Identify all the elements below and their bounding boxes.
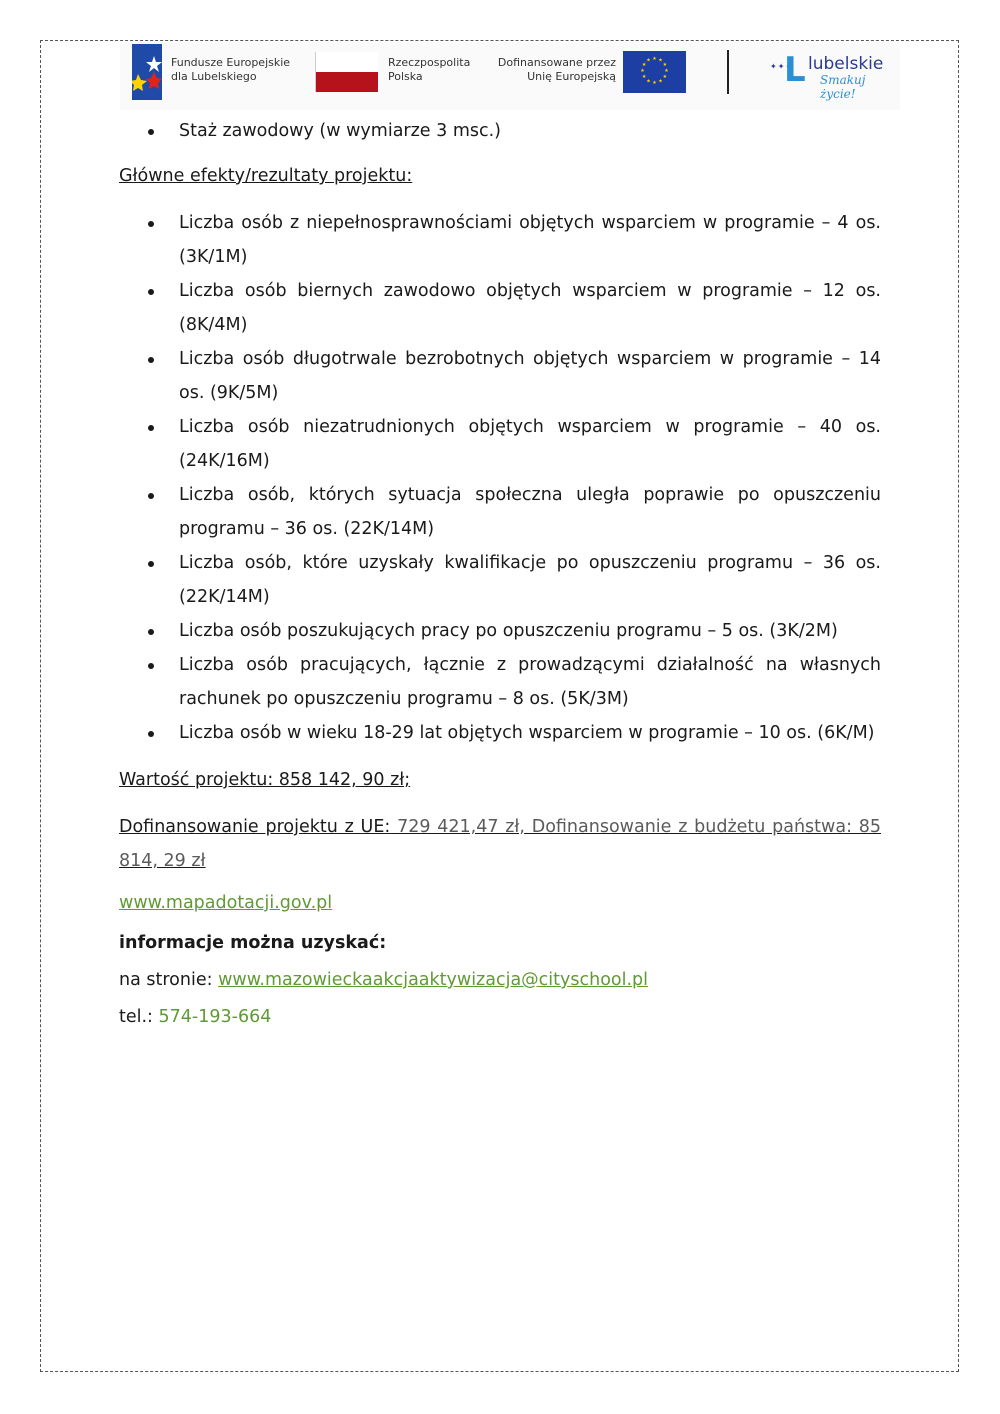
bullet-icon xyxy=(148,289,154,295)
intro-list: Staż zawodowy (w wymiarze 3 msc.) xyxy=(119,114,881,148)
results-heading: Główne efekty/rezultaty projektu: xyxy=(119,159,881,193)
list-item: Liczba osób poszukujących pracy po opusz… xyxy=(119,614,881,648)
poland-line2: Polska xyxy=(388,70,470,84)
svg-text:★: ★ xyxy=(646,58,651,64)
svg-text:★: ★ xyxy=(642,74,647,80)
fundusze-europejskie-logo-icon xyxy=(132,44,162,100)
region-slogan: Smakuj życie! xyxy=(820,73,890,101)
list-item-text: Liczba osób długotrwale bezrobotnych obj… xyxy=(179,349,881,403)
map-link-line: www.mapadotacji.gov.pl xyxy=(119,886,881,920)
list-item: Liczba osób niezatrudnionych objętych ws… xyxy=(119,410,881,478)
logo-bar: Fundusze Europejskie dla Lubelskiego Rze… xyxy=(120,42,900,110)
svg-text:★: ★ xyxy=(652,80,657,86)
list-item-text: Liczba osób niezatrudnionych objętych ws… xyxy=(179,417,881,471)
eu-flag-icon: ★★★ ★★★ ★★★ ★★★ xyxy=(623,51,686,93)
list-item: Liczba osób biernych zawodowo objętych w… xyxy=(119,274,881,342)
lubelskie-L-mark: L xyxy=(784,50,806,90)
bullet-icon xyxy=(148,493,154,499)
svg-text:★: ★ xyxy=(652,56,657,62)
polish-flag-icon xyxy=(315,52,378,92)
svg-text:★: ★ xyxy=(640,68,645,74)
rzeczpospolita-text: Rzeczpospolita Polska xyxy=(388,56,470,84)
eu-cofunding-text: Dofinansowane przez Unię Europejską xyxy=(493,56,616,84)
phone-label: tel.: xyxy=(119,1007,159,1027)
svg-text:★: ★ xyxy=(646,78,651,84)
svg-text:★: ★ xyxy=(663,74,668,80)
project-value: Wartość projektu: 858 142, 90 zł; xyxy=(119,763,881,797)
bullet-icon xyxy=(148,629,154,635)
bullet-icon xyxy=(148,357,154,363)
list-item: Liczba osób, których sytuacja społeczna … xyxy=(119,478,881,546)
info-heading: informacje można uzyskać: xyxy=(119,926,881,960)
bullet-icon xyxy=(148,129,154,135)
list-item-text: Liczba osób w wieku 18-29 lat objętych w… xyxy=(179,723,875,743)
funds-line2: dla Lubelskiego xyxy=(171,70,290,84)
fundusze-europejskie-text: Fundusze Europejskie dla Lubelskiego xyxy=(171,56,290,84)
funds-line1: Fundusze Europejskie xyxy=(171,56,290,70)
bullet-icon xyxy=(148,663,154,669)
list-item-text: Liczba osób, których sytuacja społeczna … xyxy=(179,485,881,539)
bullet-icon xyxy=(148,561,154,567)
list-item: Liczba osób pracujących, łącznie z prowa… xyxy=(119,648,881,716)
logo-separator xyxy=(727,50,729,94)
bullet-icon xyxy=(148,731,154,737)
list-item-text: Liczba osób biernych zawodowo objętych w… xyxy=(179,281,881,335)
document-body: Staż zawodowy (w wymiarze 3 msc.) Główne… xyxy=(119,112,881,1034)
list-item: Liczba osób, które uzyskały kwalifikacje… xyxy=(119,546,881,614)
website-link[interactable]: www.mazowieckaakcjaaktywizacja@cityschoo… xyxy=(218,970,648,990)
funding-label: Dofinansowanie projektu z UE: xyxy=(119,817,390,837)
mapadotacji-link[interactable]: www.mapadotacji.gov.pl xyxy=(119,893,332,913)
bullet-icon xyxy=(148,425,154,431)
website-line: na stronie: www.mazowieckaakcjaaktywizac… xyxy=(119,963,881,997)
list-item: Staż zawodowy (w wymiarze 3 msc.) xyxy=(119,114,881,148)
list-item: Liczba osób w wieku 18-29 lat objętych w… xyxy=(119,716,881,750)
lubelskie-logo-icon: ✦✦✦ L lubelskie Smakuj życie! xyxy=(770,48,890,96)
list-item-text: Liczba osób poszukujących pracy po opusz… xyxy=(179,621,838,641)
funding-info: Dofinansowanie projektu z UE: 729 421,47… xyxy=(119,810,881,878)
eu-line2: Unię Europejską xyxy=(493,70,616,84)
list-item-text: Staż zawodowy (w wymiarze 3 msc.) xyxy=(179,121,501,141)
phone-line: tel.: 574-193-664 xyxy=(119,1000,881,1034)
website-label: na stronie: xyxy=(119,970,218,990)
list-item-text: Liczba osób, które uzyskały kwalifikacje… xyxy=(179,553,881,607)
list-item-text: Liczba osób pracujących, łącznie z prowa… xyxy=(179,655,881,709)
list-item: Liczba osób z niepełnosprawnościami obję… xyxy=(119,206,881,274)
bullet-icon xyxy=(148,221,154,227)
poland-line1: Rzeczpospolita xyxy=(388,56,470,70)
svg-text:★: ★ xyxy=(658,78,663,84)
eu-line1: Dofinansowane przez xyxy=(493,56,616,70)
list-item: Liczba osób długotrwale bezrobotnych obj… xyxy=(119,342,881,410)
region-name: lubelskie xyxy=(808,54,883,74)
results-list: Liczba osób z niepełnosprawnościami obję… xyxy=(119,206,881,750)
phone-number[interactable]: 574-193-664 xyxy=(159,1007,272,1027)
list-item-text: Liczba osób z niepełnosprawnościami obję… xyxy=(179,213,881,267)
